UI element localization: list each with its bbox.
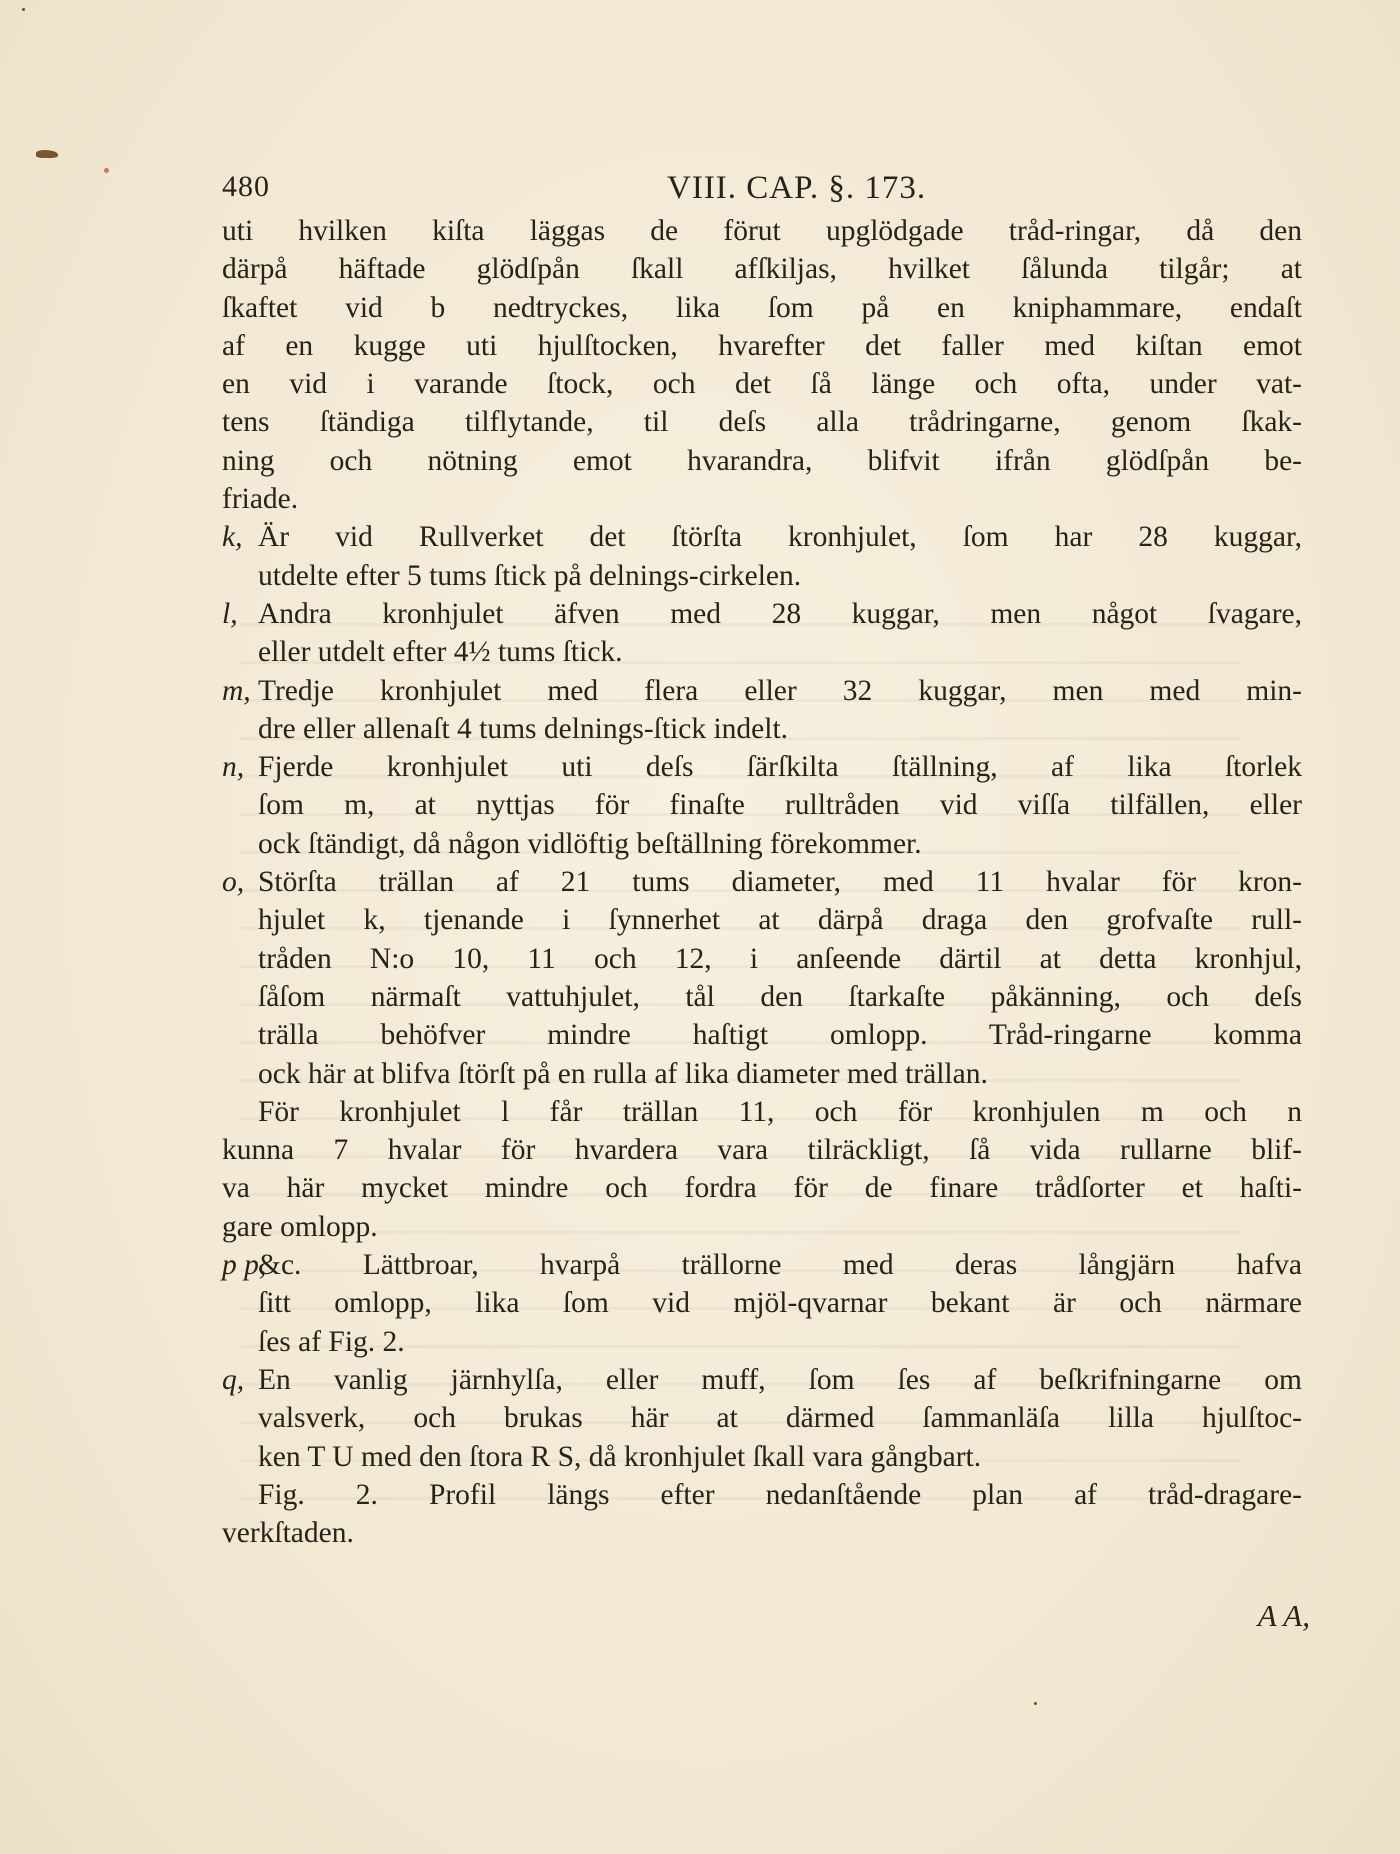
text-line: tråden N:o 10, 11 och 12, i anſeende där… [222, 940, 1302, 978]
text-line: hjulet k, tjenande i ſynnerhet at därpå … [222, 901, 1302, 939]
catchword: A A, [1258, 1598, 1310, 1634]
item-label: l, [222, 595, 258, 633]
text-line: ken T U med den ſtora R S, då kronhjulet… [222, 1438, 1302, 1476]
text-line: ock här at blifva ſtörſt på en rulla af … [222, 1055, 1302, 1093]
paper-speck [104, 168, 109, 173]
item-label: o, [222, 863, 258, 901]
text-line: friade. [222, 480, 1302, 518]
text-line: p p,&c. Lättbroar, hvarpå trällorne med … [222, 1246, 1302, 1284]
text-line: ning och nötning emot hvarandra, blifvit… [222, 442, 1302, 480]
legend-item: m,Tredje kronhjulet med flera eller 32 k… [222, 672, 1302, 749]
text-line: kunna 7 hvalar för hvardera vara tilräck… [222, 1131, 1302, 1169]
item-label: q, [222, 1361, 258, 1399]
paragraph: För kronhjulet l får trällan 11, och för… [222, 1093, 1302, 1246]
text-line: ſåſom närmaſt vattuhjulet, tål den ſtark… [222, 978, 1302, 1016]
item-label: k, [222, 518, 258, 556]
text-line: ſom m, at nyttjas för finaſte rulltråden… [222, 786, 1302, 824]
item-label: m, [222, 672, 258, 710]
text-line: l,Andra kronhjulet äfven med 28 kuggar, … [222, 595, 1302, 633]
running-head: VIII. CAP. §. 173. [667, 170, 926, 207]
legend-item: p p,&c. Lättbroar, hvarpå trällorne med … [222, 1246, 1302, 1361]
page-number: 480 [222, 170, 270, 204]
text-line: utdelte efter 5 tums ſtick på delnings-c… [222, 557, 1302, 595]
text-line: n,Fjerde kronhjulet uti deſs ſärſkilta ſ… [222, 748, 1302, 786]
item-label: p p, [222, 1246, 258, 1284]
paper-stain [36, 150, 58, 158]
paper-speck [22, 8, 25, 11]
text-line: valsverk, och brukas här at därmed ſamma… [222, 1399, 1302, 1437]
legend-item: k,Är vid Rullverket det ſtörſta kronhjul… [222, 518, 1302, 595]
text-line: q,En vanlig järnhylſa, eller muff, ſom ſ… [222, 1361, 1302, 1399]
text-line: o,Störſta trällan af 21 tums diameter, m… [222, 863, 1302, 901]
text-line: tens ſtändiga tilflytande, til deſs alla… [222, 403, 1302, 441]
text-line: eller utdelt efter 4½ tums ſtick. [222, 633, 1302, 671]
text-line: därpå häftade glödſpån ſkall afſkiljas, … [222, 250, 1302, 288]
text-line: va här mycket mindre och fordra för de f… [222, 1169, 1302, 1207]
text-line: dre eller allenaſt 4 tums delnings-ſtick… [222, 710, 1302, 748]
text-line: verkſtaden. [222, 1514, 1302, 1552]
text-line: af en kugge uti hjulſtocken, hvarefter d… [222, 327, 1302, 365]
text-line: Fig. 2. Profil längs efter nedanſtående … [222, 1476, 1302, 1514]
book-page: 480 VIII. CAP. §. 173. uti hvilken kiſta… [0, 0, 1400, 1854]
text-line: k,Är vid Rullverket det ſtörſta kronhjul… [222, 518, 1302, 556]
item-label: n, [222, 748, 258, 786]
paragraph: uti hvilken kiſta läggas de förut upglöd… [222, 212, 1302, 518]
text-line: ſes af Fig. 2. [222, 1323, 1302, 1361]
text-line: en vid i varande ſtock, och det ſå länge… [222, 365, 1302, 403]
paper-speck [1034, 1702, 1037, 1705]
text-line: ock ſtändigt, då någon vidlöftig beſtäll… [222, 825, 1302, 863]
paragraph: Fig. 2. Profil längs efter nedanſtående … [222, 1476, 1302, 1553]
text-line: gare omlopp. [222, 1208, 1302, 1246]
text-line: m,Tredje kronhjulet med flera eller 32 k… [222, 672, 1302, 710]
legend-item: q,En vanlig järnhylſa, eller muff, ſom ſ… [222, 1361, 1302, 1476]
page-header: 480 VIII. CAP. §. 173. [222, 170, 1302, 214]
text-line: För kronhjulet l får trällan 11, och för… [222, 1093, 1302, 1131]
text-line: ſitt omlopp, lika ſom vid mjöl-qvarnar b… [222, 1284, 1302, 1322]
text-line: trälla behöfver mindre haſtigt omlopp. T… [222, 1016, 1302, 1054]
legend-item: o,Störſta trällan af 21 tums diameter, m… [222, 863, 1302, 1093]
text-line: uti hvilken kiſta läggas de förut upglöd… [222, 212, 1302, 250]
text-line: ſkaftet vid b nedtryckes, lika ſom på en… [222, 289, 1302, 327]
legend-item: n,Fjerde kronhjulet uti deſs ſärſkilta ſ… [222, 748, 1302, 863]
legend-item: l,Andra kronhjulet äfven med 28 kuggar, … [222, 595, 1302, 672]
page-body: uti hvilken kiſta läggas de förut upglöd… [222, 212, 1302, 1552]
